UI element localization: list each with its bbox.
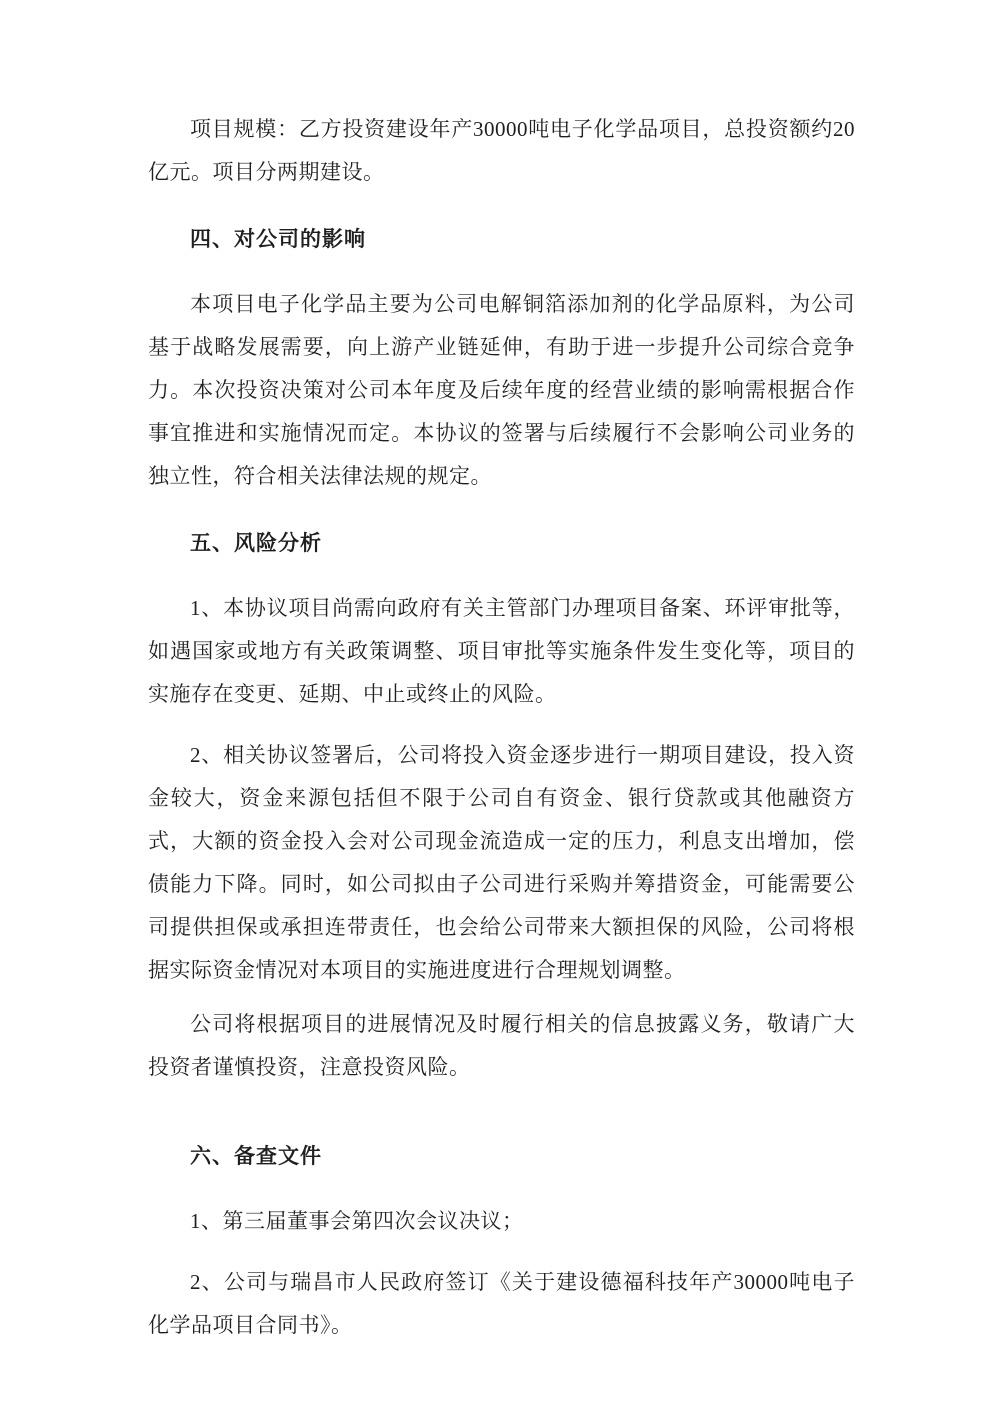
para-project-scale: 项目规模：乙方投资建设年产30000吨电子化学品项目，总投资额约20亿元。项目分… bbox=[148, 108, 855, 194]
heading-section-four-company-impact: 四、对公司的影响 bbox=[148, 218, 855, 261]
document-page: 项目规模：乙方投资建设年产30000吨电子化学品项目，总投资额约20亿元。项目分… bbox=[0, 0, 1000, 1414]
document-content: 项目规模：乙方投资建设年产30000吨电子化学品项目，总投资额约20亿元。项目分… bbox=[148, 108, 855, 1358]
heading-section-five-risk-analysis: 五、风险分析 bbox=[148, 522, 855, 565]
para-risk-item-1: 1、本协议项目尚需向政府有关主管部门办理项目备案、环评审批等，如遇国家或地方有关… bbox=[148, 587, 855, 716]
para-reference-document-1: 1、第三届董事会第四次会议决议； bbox=[148, 1200, 855, 1243]
para-risk-item-2: 2、相关协议签署后，公司将投入资金逐步进行一期项目建设，投入资金较大，资金来源包… bbox=[148, 734, 855, 992]
para-disclosure-notice: 公司将根据项目的进展情况及时履行相关的信息披露义务，敬请广大投资者谨慎投资，注意… bbox=[148, 1003, 855, 1089]
para-reference-document-2: 2、公司与瑞昌市人民政府签订《关于建设德福科技年产30000吨电子化学品项目合同… bbox=[148, 1261, 855, 1347]
heading-section-six-reference-documents: 六、备查文件 bbox=[148, 1135, 855, 1178]
para-company-impact: 本项目电子化学品主要为公司电解铜箔添加剂的化学品原料，为公司基于战略发展需要，向… bbox=[148, 283, 855, 498]
